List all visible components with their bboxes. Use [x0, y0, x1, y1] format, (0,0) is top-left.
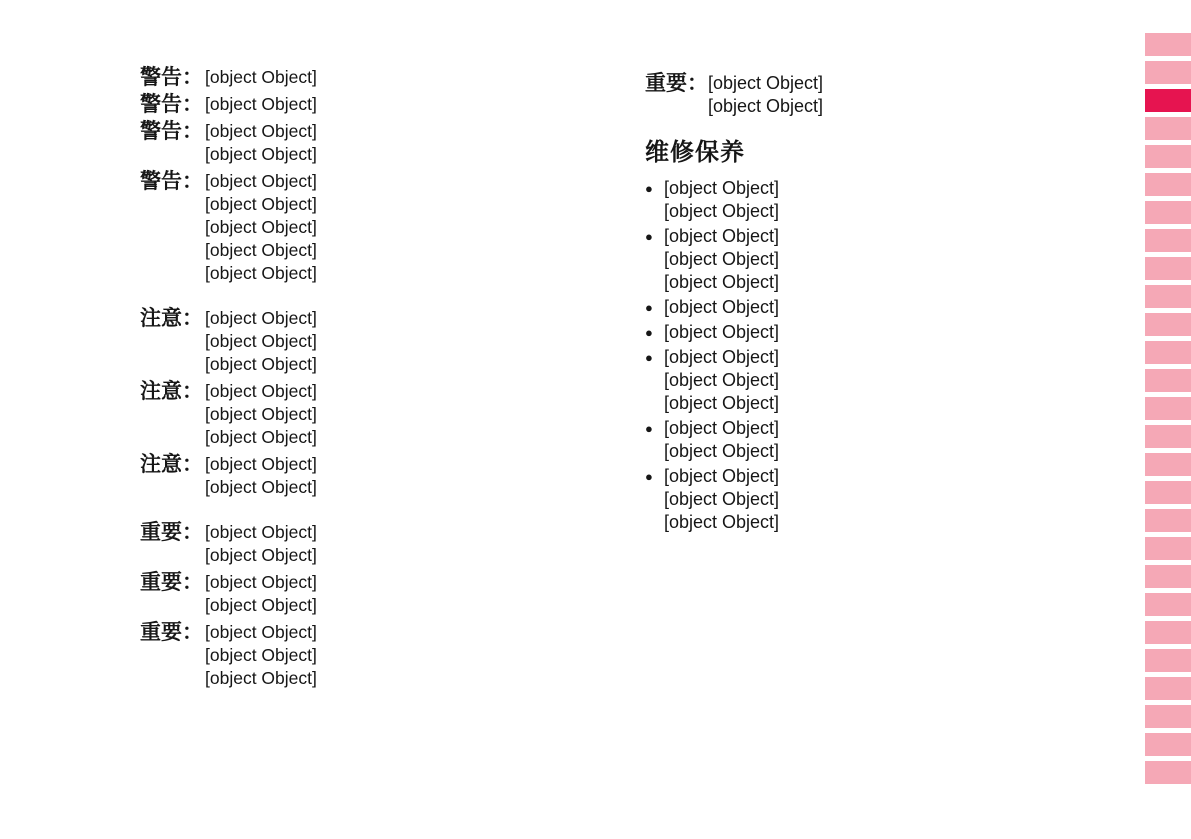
section-tab [1145, 761, 1191, 784]
section-tab [1145, 649, 1191, 672]
notice-text: [object Object][object Object][object Ob… [205, 307, 588, 376]
bullet-line: [object Object] [664, 369, 1123, 392]
section-tab [1145, 621, 1191, 644]
bullet-line: [object Object] [664, 392, 1123, 415]
section-tab [1145, 173, 1191, 196]
notice-line: [object Object] [205, 170, 588, 193]
section-tab [1145, 313, 1191, 336]
notice-line: [object Object] [205, 307, 588, 330]
notice-line: [object Object] [205, 353, 588, 376]
bullet-icon: ● [645, 346, 664, 369]
section-tab [1145, 481, 1191, 504]
bullet-line: [object Object] [664, 417, 1123, 440]
bullet-line: [object Object] [664, 177, 1123, 200]
bullet-icon: ● [645, 465, 664, 488]
notice-label: 注意： [140, 453, 205, 476]
section-tab [1145, 229, 1191, 252]
bullet-line: [object Object] [664, 321, 1123, 344]
notice-line: [object Object] [205, 667, 588, 690]
bullet-icon: ● [645, 225, 664, 248]
section-tab-strip [1145, 33, 1191, 789]
notice-text: [object Object][object Object] [205, 453, 588, 499]
notice-line: [object Object] [205, 594, 588, 617]
notice-label: 注意： [140, 380, 205, 403]
section-tab [1145, 397, 1191, 420]
notice-line: [object Object] [205, 239, 588, 262]
bullet-line: [object Object] [664, 248, 1123, 271]
notice-line: [object Object] [205, 262, 588, 285]
notice-text: [object Object][object Object] [205, 571, 588, 617]
notice-block: 注意： [object Object][object Object][objec… [140, 307, 588, 376]
notice-line: [object Object] [205, 521, 588, 544]
bullet-text: [object Object][object Object] [664, 417, 1123, 463]
notice-block: 重要： [object Object][object Object] [140, 521, 588, 567]
notice-line: [object Object] [708, 95, 1123, 118]
section-tab [1145, 201, 1191, 224]
bullet-icon: ● [645, 177, 664, 200]
notice-label: 警告： [140, 170, 205, 193]
left-column: 警告： [object Object] 警告： [object Object] … [140, 66, 588, 694]
bullet-text: [object Object] [664, 296, 1123, 319]
notice-label: 警告： [140, 120, 205, 143]
important-blocks: 重要： [object Object][object Object] [645, 72, 1123, 118]
bullet-icon: ● [645, 417, 664, 440]
notice-block: 警告： [object Object][object Object][objec… [140, 170, 588, 285]
section-tab [1145, 677, 1191, 700]
bullet-item: ● [object Object][object Object][object … [645, 465, 1123, 534]
notice-label: 重要： [140, 571, 205, 594]
notice-label: 注意： [140, 307, 205, 330]
notice-text: [object Object][object Object] [205, 521, 588, 567]
notice-line: [object Object] [205, 644, 588, 667]
section-tab [1145, 537, 1191, 560]
section-tab [1145, 61, 1191, 84]
section-tab [1145, 341, 1191, 364]
bullet-item: ● [object Object][object Object][object … [645, 346, 1123, 415]
section-tab [1145, 593, 1191, 616]
section-tab [1145, 733, 1191, 756]
notice-line: [object Object] [205, 93, 588, 116]
notice-block: 警告： [object Object] [140, 66, 588, 89]
notice-text: [object Object][object Object][object Ob… [205, 170, 588, 285]
notice-text: [object Object][object Object][object Ob… [205, 621, 588, 690]
notice-text: [object Object] [205, 93, 588, 116]
notice-line: [object Object] [205, 403, 588, 426]
bullet-item: ● [object Object] [645, 296, 1123, 319]
notice-line: [object Object] [205, 330, 588, 353]
notice-label: 警告： [140, 66, 205, 89]
section-tab [1145, 257, 1191, 280]
notice-text: [object Object][object Object] [205, 120, 588, 166]
section-tab [1145, 117, 1191, 140]
section-tab [1145, 453, 1191, 476]
notice-text: [object Object][object Object][object Ob… [205, 380, 588, 449]
notice-line: [object Object] [205, 476, 588, 499]
notice-block: 警告： [object Object] [140, 93, 588, 116]
bullet-line: [object Object] [664, 271, 1123, 294]
section-tab [1145, 509, 1191, 532]
notice-line: [object Object] [205, 66, 588, 89]
section-tab-current [1145, 89, 1191, 112]
right-column: 重要： [object Object][object Object] 维修保养 … [645, 72, 1123, 552]
notice-line: [object Object] [205, 453, 588, 476]
bullet-item: ● [object Object] [645, 321, 1123, 344]
bullet-line: [object Object] [664, 465, 1123, 488]
notice-block: 重要： [object Object][object Object][objec… [140, 621, 588, 690]
notice-line: [object Object] [205, 120, 588, 143]
notice-line: [object Object] [205, 621, 588, 644]
notice-line: [object Object] [205, 426, 588, 449]
maintenance-bullet-list: ● [object Object][object Object] ● [obje… [645, 177, 1123, 534]
notice-block: 注意： [object Object][object Object][objec… [140, 380, 588, 449]
section-tab [1145, 565, 1191, 588]
section-tab [1145, 145, 1191, 168]
section-tab [1145, 705, 1191, 728]
bullet-line: [object Object] [664, 296, 1123, 319]
bullet-line: [object Object] [664, 440, 1123, 463]
bullet-item: ● [object Object][object Object] [645, 177, 1123, 223]
bullet-text: [object Object] [664, 321, 1123, 344]
section-tab [1145, 369, 1191, 392]
notice-block: 注意： [object Object][object Object] [140, 453, 588, 499]
notice-text: [object Object] [205, 66, 588, 89]
notice-line: [object Object] [205, 143, 588, 166]
maintenance-heading: 维修保养 [645, 139, 1123, 167]
section-tab [1145, 33, 1191, 56]
notice-block: 重要： [object Object][object Object] [140, 571, 588, 617]
bullet-line: [object Object] [664, 225, 1123, 248]
notice-line: [object Object] [205, 571, 588, 594]
section-tab [1145, 425, 1191, 448]
notice-label: 重要： [140, 621, 205, 644]
notice-line: [object Object] [205, 544, 588, 567]
bullet-line: [object Object] [664, 200, 1123, 223]
bullet-line: [object Object] [664, 511, 1123, 534]
notice-line: [object Object] [205, 216, 588, 239]
notice-block: 警告： [object Object][object Object] [140, 120, 588, 166]
notice-line: [object Object] [205, 193, 588, 216]
notice-label: 重要： [645, 72, 708, 95]
document-page: 警告： [object Object] 警告： [object Object] … [0, 0, 1191, 839]
notice-label: 重要： [140, 521, 205, 544]
bullet-text: [object Object][object Object][object Ob… [664, 465, 1123, 534]
bullet-text: [object Object][object Object][object Ob… [664, 225, 1123, 294]
notice-block: 重要： [object Object][object Object] [645, 72, 1123, 118]
bullet-icon: ● [645, 321, 664, 344]
bullet-item: ● [object Object][object Object] [645, 417, 1123, 463]
notice-line: [object Object] [708, 72, 1123, 95]
section-tab [1145, 285, 1191, 308]
notice-label: 警告： [140, 93, 205, 116]
bullet-line: [object Object] [664, 488, 1123, 511]
notice-text: [object Object][object Object] [708, 72, 1123, 118]
notice-line: [object Object] [205, 380, 588, 403]
bullet-text: [object Object][object Object][object Ob… [664, 346, 1123, 415]
bullet-text: [object Object][object Object] [664, 177, 1123, 223]
bullet-item: ● [object Object][object Object][object … [645, 225, 1123, 294]
bullet-line: [object Object] [664, 346, 1123, 369]
bullet-icon: ● [645, 296, 664, 319]
